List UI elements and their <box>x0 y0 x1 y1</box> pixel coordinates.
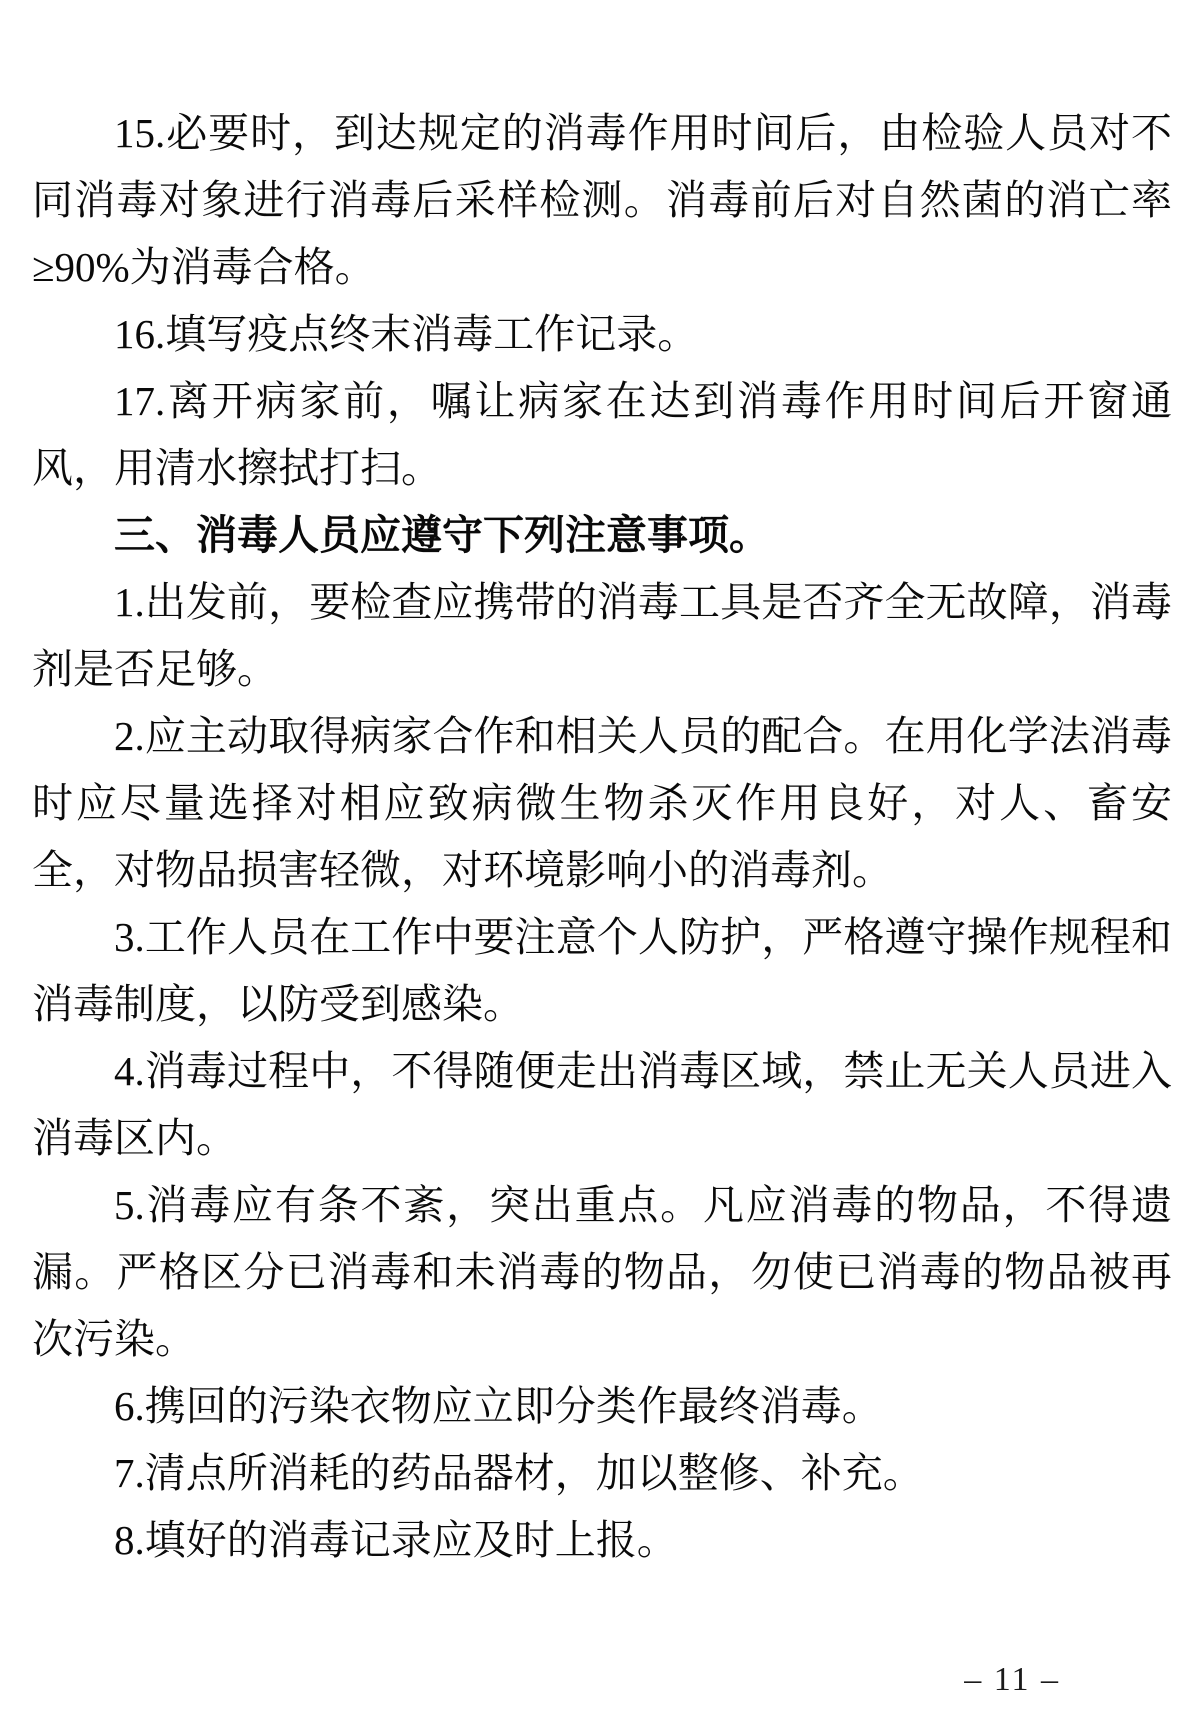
paragraph: 7.清点所消耗的药品器材，加以整修、补充。 <box>32 1440 1172 1507</box>
paragraph: 17.离开病家前，嘱让病家在达到消毒作用时间后开窗通风，用清水擦拭打扫。 <box>32 368 1172 502</box>
paragraph: 3.工作人员在工作中要注意个人防护，严格遵守操作规程和消毒制度，以防受到感染。 <box>32 904 1172 1038</box>
document-body: 15.必要时，到达规定的消毒作用时间后，由检验人员对不同消毒对象进行消毒后采样检… <box>32 100 1172 1574</box>
paragraph: 5.消毒应有条不紊，突出重点。凡应消毒的物品，不得遗漏。严格区分已消毒和未消毒的… <box>32 1172 1172 1373</box>
page-number: – 11 – <box>964 1660 1060 1700</box>
document-page: 15.必要时，到达规定的消毒作用时间后，由检验人员对不同消毒对象进行消毒后采样检… <box>0 0 1200 1718</box>
paragraph: 6.携回的污染衣物应立即分类作最终消毒。 <box>32 1373 1172 1440</box>
paragraph: 16.填写疫点终末消毒工作记录。 <box>32 301 1172 368</box>
paragraph: 8.填好的消毒记录应及时上报。 <box>32 1507 1172 1574</box>
paragraph: 1.出发前，要检查应携带的消毒工具是否齐全无故障，消毒剂是否足够。 <box>32 569 1172 703</box>
paragraph: 15.必要时，到达规定的消毒作用时间后，由检验人员对不同消毒对象进行消毒后采样检… <box>32 100 1172 301</box>
paragraph: 2.应主动取得病家合作和相关人员的配合。在用化学法消毒时应尽量选择对相应致病微生… <box>32 703 1172 904</box>
paragraph: 4.消毒过程中，不得随便走出消毒区域，禁止无关人员进入消毒区内。 <box>32 1038 1172 1172</box>
section-heading: 三、消毒人员应遵守下列注意事项。 <box>32 502 1172 569</box>
